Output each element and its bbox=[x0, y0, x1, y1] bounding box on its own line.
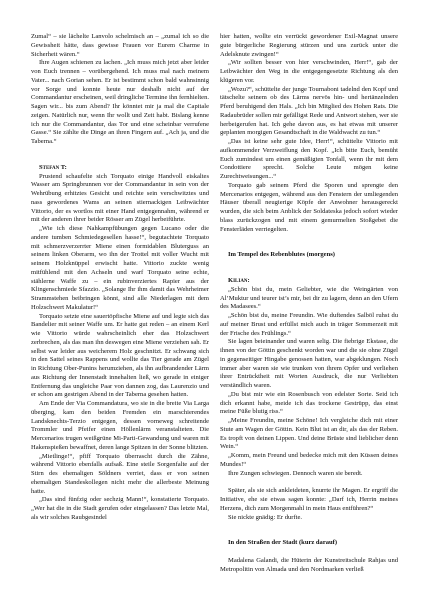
paragraph: „Du bist mir wie ein Rosenbusch von edel… bbox=[220, 391, 398, 417]
paragraph: Zumal“ – sie lächelte Lanvolo schelmisch… bbox=[31, 33, 209, 59]
paragraph: Sie lagen beieinander und waren selig. D… bbox=[220, 338, 398, 391]
spacer bbox=[220, 522, 398, 539]
paragraph: „Schön bist du, mein Geliebter, wie die … bbox=[220, 286, 398, 312]
paragraph: „Komm, mein Freund und bedecke mich mit … bbox=[220, 452, 398, 470]
speaker-label: Stefan T: bbox=[31, 164, 209, 173]
paragraph: „Wozu?“, schüttelte der junge Tournaboni… bbox=[220, 86, 398, 139]
paragraph: hier hatten, wollte ein verrückt geworde… bbox=[220, 33, 398, 59]
section-heading: In den Straßen der Stadt (kurz darauf) bbox=[220, 539, 398, 548]
paragraph: Am Ende der Via Commandatura, wo sie in … bbox=[31, 400, 209, 453]
paragraph: Sie nickte gnädig: Er durfte. bbox=[220, 514, 398, 523]
paragraph: Torquato gab seinem Pferd die Sporen und… bbox=[220, 182, 398, 235]
paragraph: Prustend schaufelte sich Torquato einige… bbox=[31, 173, 209, 226]
paragraph: „Meine Freundin, meine Schöne! Ich vergl… bbox=[220, 417, 398, 452]
paragraph: Ihre Augen schienen zu lachen. „Ich muss… bbox=[31, 59, 209, 147]
paragraph: „Das sind fünfzig oder sechzig Mann!“, k… bbox=[31, 496, 209, 522]
spacer bbox=[220, 260, 398, 277]
spacer bbox=[220, 548, 398, 557]
section-heading: Im Tempel des Rebenblutes (morgens) bbox=[220, 251, 398, 260]
paragraph: Ihre Zungen schwiegen. Dennoch waren sie… bbox=[220, 470, 398, 479]
paragraph: Madalena Galandi, die Hüterin der Kunstr… bbox=[220, 557, 398, 575]
paragraph: „Das ist keine sehr gute Idee, Herr!“, s… bbox=[220, 138, 398, 182]
spacer bbox=[31, 147, 209, 164]
paragraph: „Wir sollten besser von hier verschwinde… bbox=[220, 59, 398, 85]
paragraph: „Mietlinge!“, pfiff Torquato überrascht … bbox=[31, 453, 209, 497]
spacer bbox=[220, 234, 398, 251]
document-page: Zumal“ – sie lächelte Lanvolo schelmisch… bbox=[0, 0, 424, 599]
paragraph: „Schön bist du, meine Freundin. Wie duft… bbox=[220, 312, 398, 338]
speaker-label: Kilian: bbox=[220, 277, 398, 286]
left-column: Zumal“ – sie lächelte Lanvolo schelmisch… bbox=[31, 33, 209, 523]
paragraph: Torquato setzte eine sauertöpfische Mien… bbox=[31, 313, 209, 401]
right-column: hier hatten, wollte ein verrückt geworde… bbox=[220, 33, 398, 575]
paragraph: „Wie ich diese Nahkampfübungen gegen Luc… bbox=[31, 225, 209, 313]
spacer bbox=[220, 478, 398, 487]
paragraph: Später, als sie sich ankleideten, knurrt… bbox=[220, 487, 398, 513]
